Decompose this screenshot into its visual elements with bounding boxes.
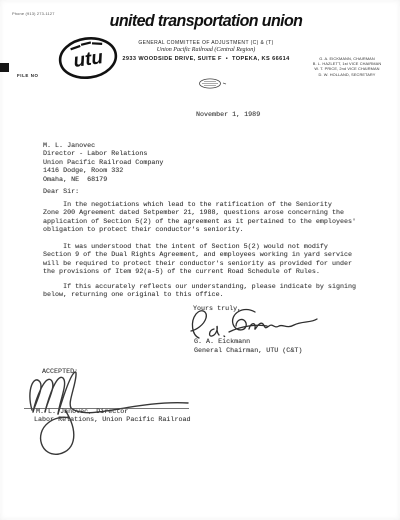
- region-line: Union Pacific Railroad (Central Region): [100, 47, 312, 53]
- committee-line: GENERAL COMMITTEE OF ADJUSTMENT (C) & (T…: [100, 40, 312, 46]
- org-name: united transportation union: [100, 13, 312, 32]
- chairman-signature: [183, 302, 321, 350]
- salutation: Dear Sir:: [43, 188, 79, 196]
- body-paragraph-3: If this accurately reflects our understa…: [43, 283, 356, 300]
- letter-date: November 1, 1989: [196, 111, 260, 119]
- scan-artifact-mark: [0, 63, 9, 72]
- phone-number: Phone (913) 273-1127: [12, 11, 55, 16]
- body-paragraph-1: In the negotiations which lead to the ra…: [43, 201, 356, 235]
- file-no-label: FILE NO: [17, 73, 39, 78]
- scanned-letter-page: Phone (913) 273-1127 utu united transpor…: [0, 0, 400, 520]
- acceptor-signature: [20, 370, 198, 460]
- officers-list: G. A. EICKMANN, CHAIRMAN B. L. HAZLETT, …: [296, 56, 398, 77]
- body-paragraph-2: It was understood that the intent of Sec…: [43, 243, 352, 277]
- recipient-address: M. L. Janovec Director - Labor Relations…: [43, 142, 163, 184]
- street-address-line: 2933 WOODSIDE DRIVE, SUITE F • TOPEKA, K…: [100, 56, 312, 62]
- union-label-icon: [197, 77, 229, 90]
